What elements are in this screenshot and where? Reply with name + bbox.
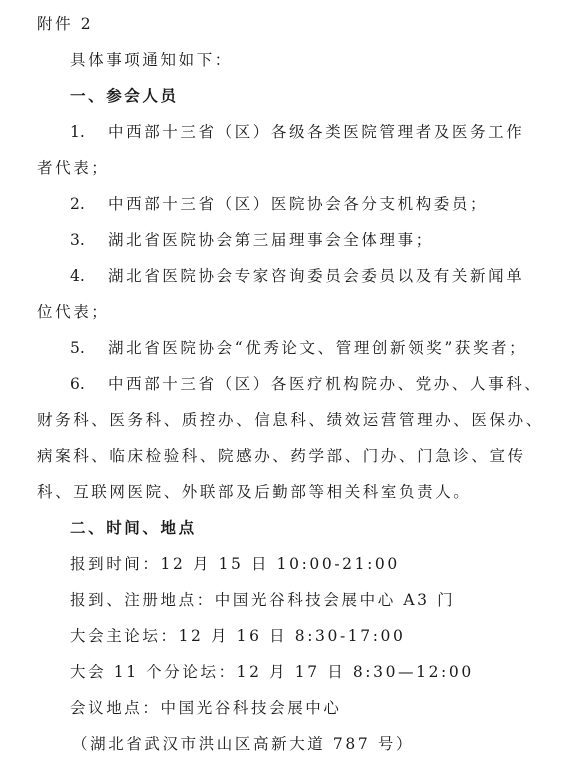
attendee-item-6: 6.中西部十三省（区）各医疗机构院办、党办、人事科、 <box>70 374 542 394</box>
section-heading-attendees: 一、参会人员 <box>70 86 179 106</box>
item-text: 湖北省医院协会专家咨询委员会委员以及有关新闻单 <box>108 267 524 285</box>
intro-text: 具体事项通知如下： <box>70 50 233 70</box>
item-number: 2. <box>70 194 108 214</box>
attendee-item-1-cont: 者代表； <box>37 158 109 178</box>
attendee-item-4-cont: 位代表； <box>37 302 109 322</box>
item-text: 中西部十三省（区）医院协会各分支机构委员； <box>108 195 488 213</box>
registration-time: 报到时间：12 月 15 日 10:00-21:00 <box>70 554 400 574</box>
section-heading-time-location: 二、时间、地点 <box>70 518 197 538</box>
main-forum-time: 大会主论坛：12 月 16 日 8:30-17:00 <box>70 626 405 646</box>
attendee-item-6-cont-3: 科、互联网医院、外联部及后勤部等相关科室负责人。 <box>37 482 471 502</box>
attendee-item-2: 2.中西部十三省（区）医院协会各分支机构委员； <box>70 194 488 214</box>
item-text: 湖北省医院协会“优秀论文、管理创新领奖”获奖者； <box>108 339 527 357</box>
item-number: 3. <box>70 230 108 250</box>
attachment-label: 附件 2 <box>37 14 93 34</box>
item-text: 湖北省医院协会第三届理事会全体理事； <box>108 231 434 249</box>
attendee-item-6-cont-1: 财务科、医务科、质控办、信息科、绩效运营管理办、医保办、 <box>37 410 544 430</box>
item-text: 中西部十三省（区）各级各类医院管理者及医务工作 <box>108 123 524 141</box>
item-number: 5. <box>70 338 108 358</box>
item-text: 中西部十三省（区）各医疗机构院办、党办、人事科、 <box>108 375 542 393</box>
venue-address: （湖北省武汉市洪山区高新大道 787 号） <box>72 734 414 754</box>
item-number: 1. <box>70 122 108 142</box>
registration-location: 报到、注册地点：中国光谷科技会展中心 A3 门 <box>70 590 455 610</box>
item-number: 6. <box>70 374 108 394</box>
sub-forum-time: 大会 11 个分论坛：12 月 17 日 8:30—12:00 <box>70 662 474 682</box>
document-page: 附件 2 具体事项通知如下： 一、参会人员 1.中西部十三省（区）各级各类医院管… <box>0 0 575 775</box>
attendee-item-5: 5.湖北省医院协会“优秀论文、管理创新领奖”获奖者； <box>70 338 527 358</box>
venue: 会议地点：中国光谷科技会展中心 <box>70 698 342 718</box>
attendee-item-4: 4.湖北省医院协会专家咨询委员会委员以及有关新闻单 <box>70 266 524 286</box>
attendee-item-1: 1.中西部十三省（区）各级各类医院管理者及医务工作 <box>70 122 524 142</box>
item-number: 4. <box>70 266 108 286</box>
attendee-item-3: 3.湖北省医院协会第三届理事会全体理事； <box>70 230 434 250</box>
attendee-item-6-cont-2: 病案科、临床检验科、院感办、药学部、门办、门急诊、宣传 <box>37 446 526 466</box>
